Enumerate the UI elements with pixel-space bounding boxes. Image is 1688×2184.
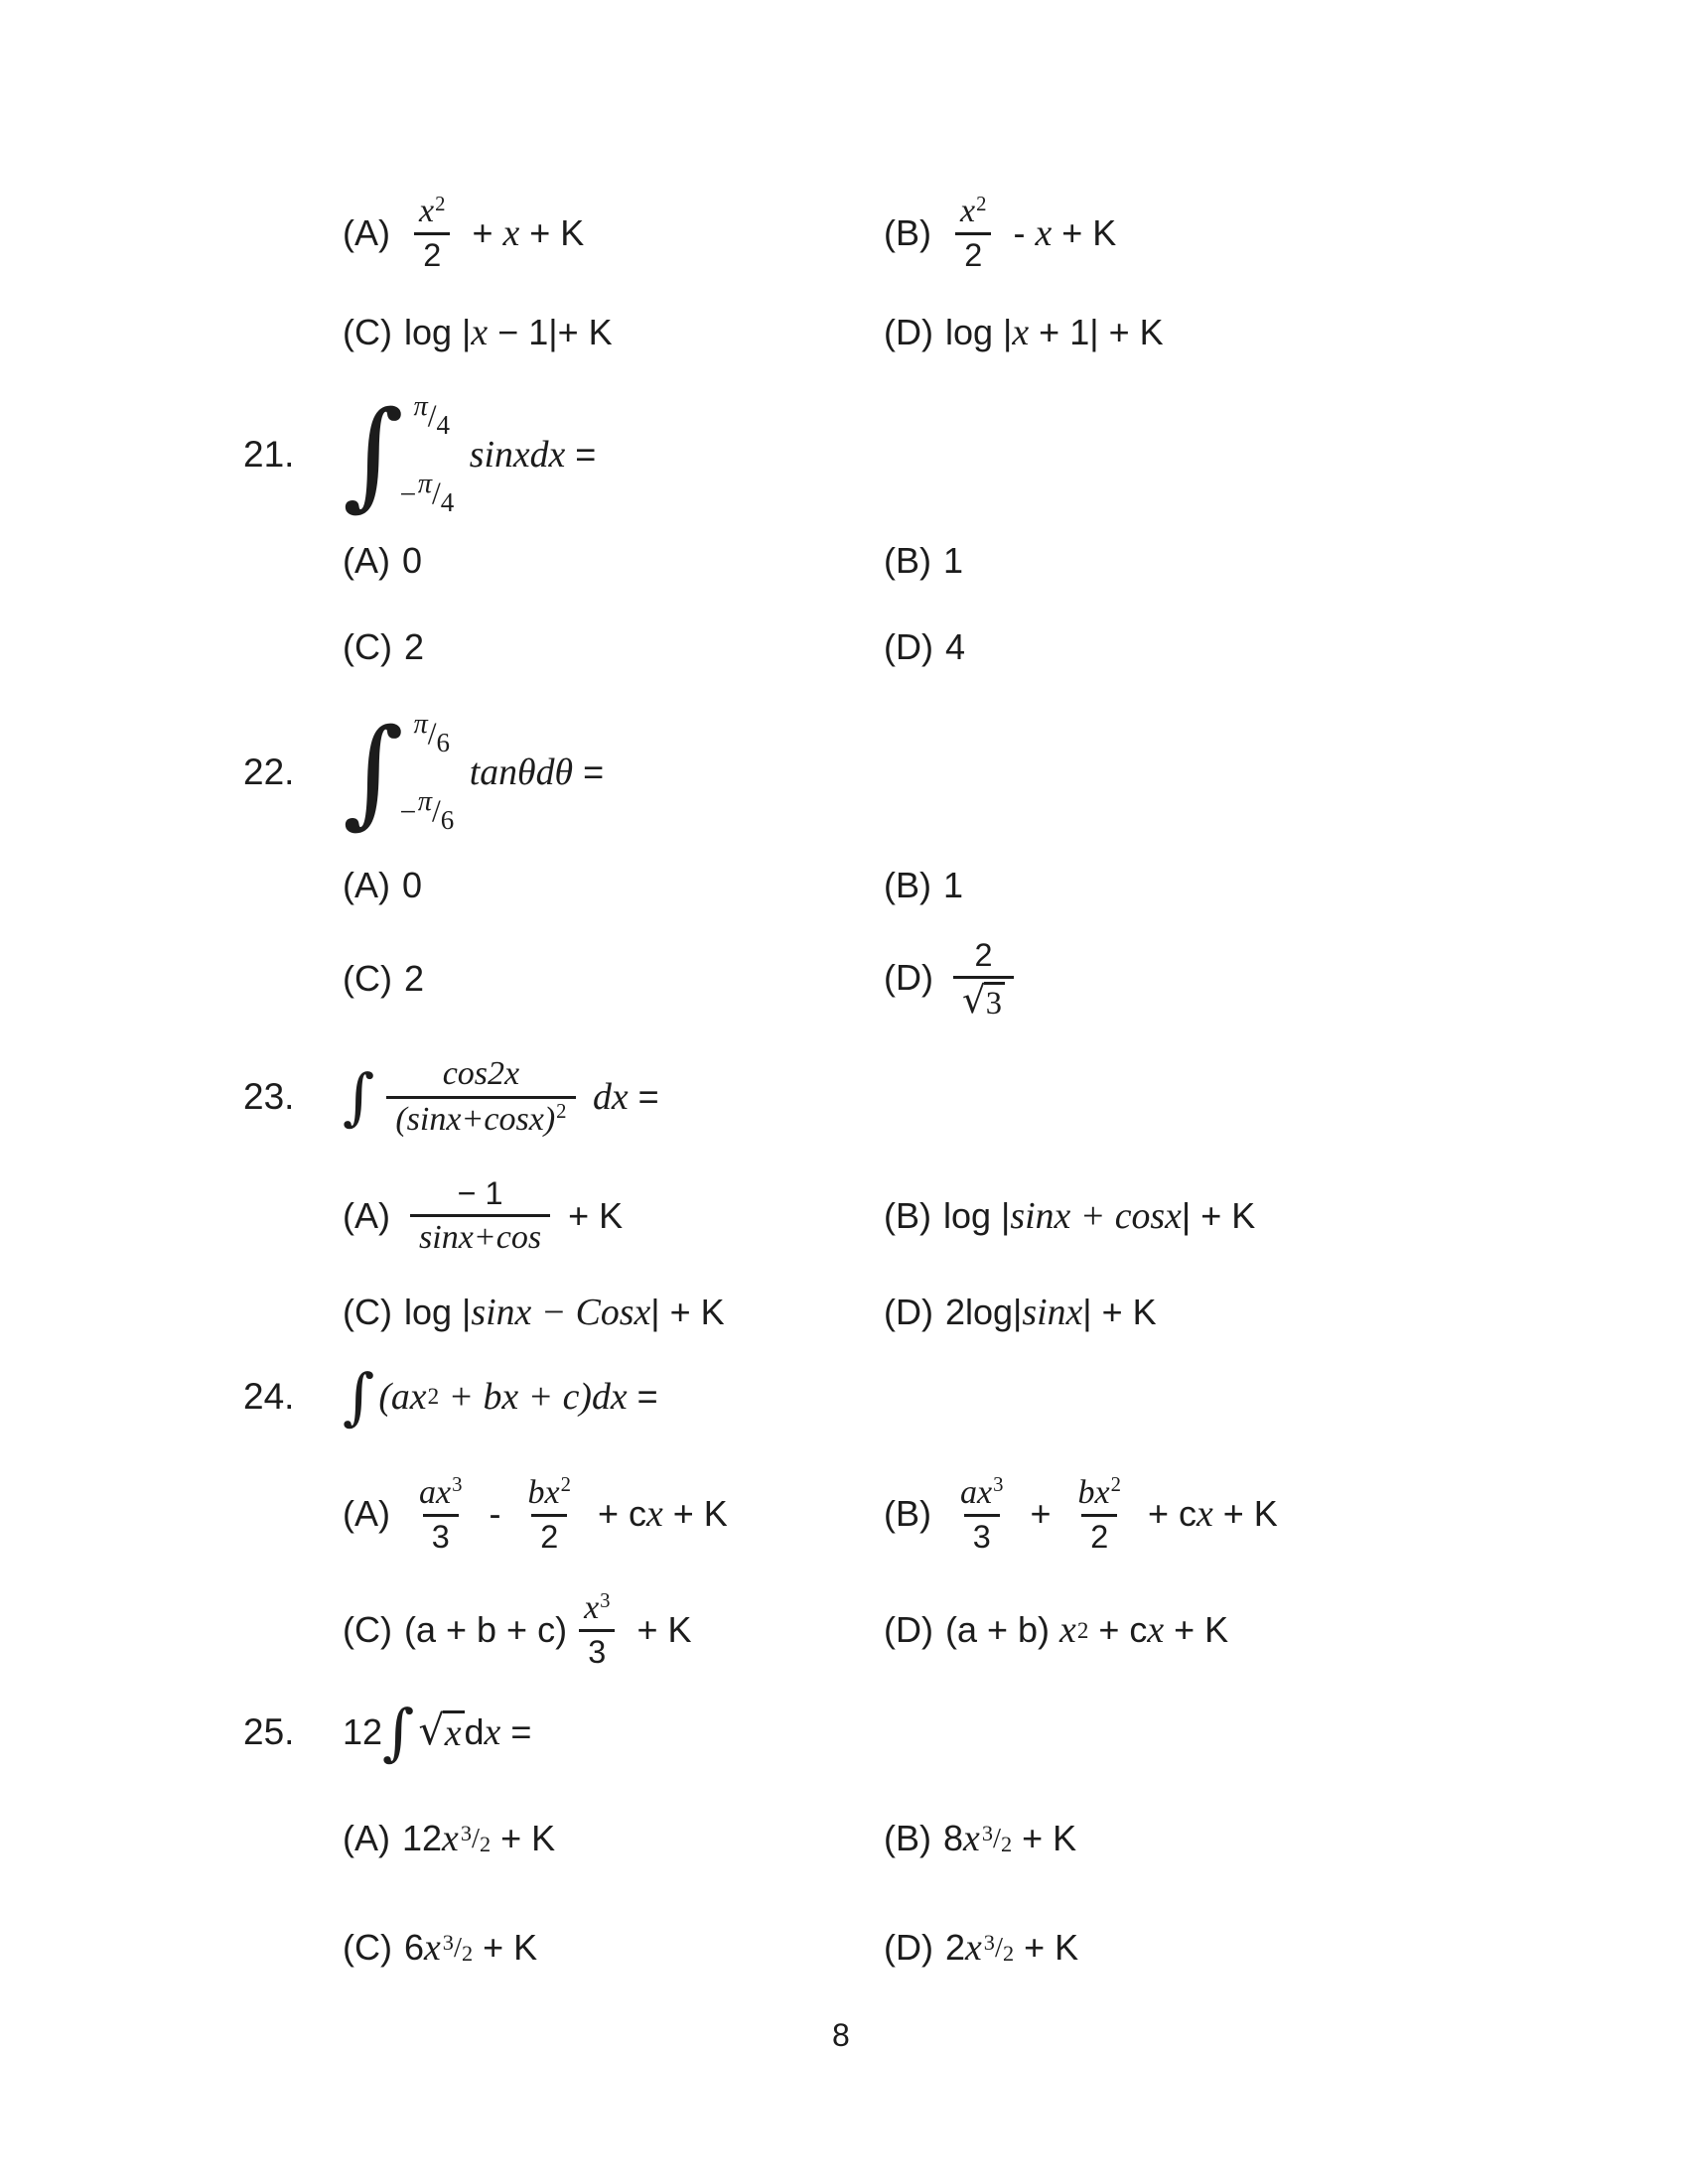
option-c: (C) 6x3/2 + K bbox=[343, 1926, 884, 1970]
option-c-label: (C) bbox=[343, 1609, 392, 1651]
question-22-stem: 22. ∫π/6−π/6 tanθdθ = bbox=[243, 685, 1648, 859]
option-c-formula: 2 bbox=[404, 958, 424, 1000]
question-23-number: 23. bbox=[243, 1076, 343, 1118]
option-a: (A) − 1sinx+cos + K bbox=[343, 1173, 884, 1258]
option-b-formula: log |sinx + cosx| + K bbox=[943, 1194, 1255, 1238]
option-d: (D) (a + b) x2 + cx + K bbox=[884, 1608, 1228, 1652]
option-a-label: (A) bbox=[343, 540, 390, 582]
question-23-options-row-cd: (C) log |sinx − Cosx| + K (D) 2log|sinx|… bbox=[343, 1283, 1648, 1342]
option-c: (C) log |x − 1|+ K bbox=[343, 311, 884, 354]
question-22-formula: ∫π/6−π/6 tanθdθ = bbox=[343, 709, 604, 836]
question-21-number: 21. bbox=[243, 434, 343, 476]
option-a: (A) 12x3/2 + K bbox=[343, 1817, 884, 1860]
option-c-formula: (a + b + c)x33 + K bbox=[404, 1587, 692, 1672]
option-d-formula: (a + b) x2 + cx + K bbox=[945, 1608, 1228, 1652]
option-c-label: (C) bbox=[343, 958, 392, 1000]
option-a: (A) x22 + x + K bbox=[343, 191, 884, 275]
option-b-label: (B) bbox=[884, 1195, 931, 1237]
option-b-formula: 1 bbox=[943, 865, 963, 906]
option-a: (A) ax33 - bx22 + cx + K bbox=[343, 1472, 884, 1557]
question-21-options-row-cd: (C) 2 (D) 4 bbox=[343, 617, 1648, 677]
question-25-number: 25. bbox=[243, 1711, 343, 1753]
option-a-label: (A) bbox=[343, 865, 390, 906]
option-c: (C) (a + b + c)x33 + K bbox=[343, 1587, 884, 1672]
question-24-options-row-ab: (A) ax33 - bx22 + cx + K (B) ax33 + bx22… bbox=[343, 1447, 1648, 1581]
question-24-formula: ∫(ax2 + bx + c)dx = bbox=[343, 1369, 658, 1425]
question-24-options-row-cd: (C) (a + b + c)x33 + K (D) (a + b) x2 + … bbox=[343, 1590, 1648, 1670]
exam-page: (A) x22 + x + K (B) x22 - x + K (C) log … bbox=[0, 0, 1688, 2184]
option-c-label: (C) bbox=[343, 626, 392, 668]
question-24-stem: 24. ∫(ax2 + bx + c)dx = bbox=[243, 1362, 1648, 1432]
option-b: (B) 1 bbox=[884, 865, 963, 906]
option-c-formula: log |sinx − Cosx| + K bbox=[404, 1291, 725, 1334]
option-a-formula: 0 bbox=[402, 540, 422, 582]
option-a-formula: − 1sinx+cos + K bbox=[402, 1173, 623, 1258]
option-d-formula: 2x3/2 + K bbox=[945, 1926, 1078, 1970]
option-a-label: (A) bbox=[343, 1195, 390, 1237]
question-25-options-row-cd: (C) 6x3/2 + K (D) 2x3/2 + K bbox=[343, 1908, 1648, 1987]
option-a-formula: 0 bbox=[402, 865, 422, 906]
question-25-formula: 12∫√xdx = bbox=[343, 1705, 531, 1760]
option-c-formula: 6x3/2 + K bbox=[404, 1926, 537, 1970]
option-a-formula: 12x3/2 + K bbox=[402, 1817, 555, 1860]
option-b-formula: 1 bbox=[943, 540, 963, 582]
option-c-label: (C) bbox=[343, 1292, 392, 1333]
option-b: (B) x22 - x + K bbox=[884, 191, 1116, 275]
option-b: (B) ax33 + bx22 + cx + K bbox=[884, 1472, 1278, 1557]
question-25-stem: 25. 12∫√xdx = bbox=[243, 1693, 1648, 1772]
question-21-options-row-ab: (A) 0 (B) 1 bbox=[343, 531, 1648, 591]
option-b-formula: x22 - x + K bbox=[943, 191, 1116, 275]
option-b-label: (B) bbox=[884, 212, 931, 254]
question-22-options-row-cd: (C) 2 (D) 2√3 bbox=[343, 921, 1648, 1035]
question-20-options-row-cd: (C) log |x − 1|+ K (D) log |x + 1| + K bbox=[343, 298, 1648, 367]
option-b: (B) 8x3/2 + K bbox=[884, 1817, 1076, 1860]
option-a-label: (A) bbox=[343, 1493, 390, 1535]
question-24-number: 24. bbox=[243, 1376, 343, 1418]
option-d-formula: 2√3 bbox=[945, 935, 1022, 1021]
option-a-formula: ax33 - bx22 + cx + K bbox=[402, 1472, 728, 1557]
option-d-formula: log |x + 1| + K bbox=[945, 311, 1164, 354]
option-a-label: (A) bbox=[343, 1818, 390, 1859]
question-22-number: 22. bbox=[243, 751, 343, 793]
option-c-formula: log |x − 1|+ K bbox=[404, 311, 613, 354]
option-b: (B) log |sinx + cosx| + K bbox=[884, 1194, 1255, 1238]
question-23-stem: 23. ∫cos2x(sinx+cosx)2 dx = bbox=[243, 1027, 1648, 1166]
option-a: (A) 0 bbox=[343, 540, 884, 582]
question-22-options-row-ab: (A) 0 (B) 1 bbox=[343, 856, 1648, 915]
option-d: (D) 4 bbox=[884, 626, 965, 668]
option-b: (B) 1 bbox=[884, 540, 963, 582]
option-b-label: (B) bbox=[884, 540, 931, 582]
option-c-label: (C) bbox=[343, 1927, 392, 1969]
option-d-label: (D) bbox=[884, 957, 933, 999]
option-d: (D) 2x3/2 + K bbox=[884, 1926, 1078, 1970]
option-b-formula: ax33 + bx22 + cx + K bbox=[943, 1472, 1278, 1557]
option-d: (D) 2log|sinx| + K bbox=[884, 1291, 1157, 1334]
option-d-formula: 2log|sinx| + K bbox=[945, 1291, 1157, 1334]
option-b-formula: 8x3/2 + K bbox=[943, 1817, 1076, 1860]
option-d-formula: 4 bbox=[945, 626, 965, 668]
option-a: (A) 0 bbox=[343, 865, 884, 906]
option-d: (D) 2√3 bbox=[884, 935, 1022, 1021]
option-d: (D) log |x + 1| + K bbox=[884, 311, 1164, 354]
option-b-label: (B) bbox=[884, 1818, 931, 1859]
option-d-label: (D) bbox=[884, 312, 933, 353]
question-20-options-row-ab: (A) x22 + x + K (B) x22 - x + K bbox=[343, 159, 1648, 308]
option-b-label: (B) bbox=[884, 1493, 931, 1535]
option-d-label: (D) bbox=[884, 1927, 933, 1969]
option-a-formula: x22 + x + K bbox=[402, 191, 584, 275]
question-25-options-row-ab: (A) 12x3/2 + K (B) 8x3/2 + K bbox=[343, 1799, 1648, 1878]
option-c: (C) log |sinx − Cosx| + K bbox=[343, 1291, 884, 1334]
option-b-label: (B) bbox=[884, 865, 931, 906]
option-c: (C) 2 bbox=[343, 626, 884, 668]
option-d-label: (D) bbox=[884, 626, 933, 668]
option-c-label: (C) bbox=[343, 312, 392, 353]
page-number: 8 bbox=[832, 2017, 850, 2054]
question-21-stem: 21. ∫π/4−π/4 sinxdx = bbox=[243, 372, 1648, 536]
option-d-label: (D) bbox=[884, 1609, 933, 1651]
question-23-formula: ∫cos2x(sinx+cosx)2 dx = bbox=[343, 1053, 659, 1140]
option-c-formula: 2 bbox=[404, 626, 424, 668]
option-d-label: (D) bbox=[884, 1292, 933, 1333]
question-21-formula: ∫π/4−π/4 sinxdx = bbox=[343, 391, 596, 518]
option-c: (C) 2 bbox=[343, 958, 884, 1000]
option-a-label: (A) bbox=[343, 212, 390, 254]
question-23-options-row-ab: (A) − 1sinx+cos + K (B) log |sinx + cosx… bbox=[343, 1152, 1648, 1281]
